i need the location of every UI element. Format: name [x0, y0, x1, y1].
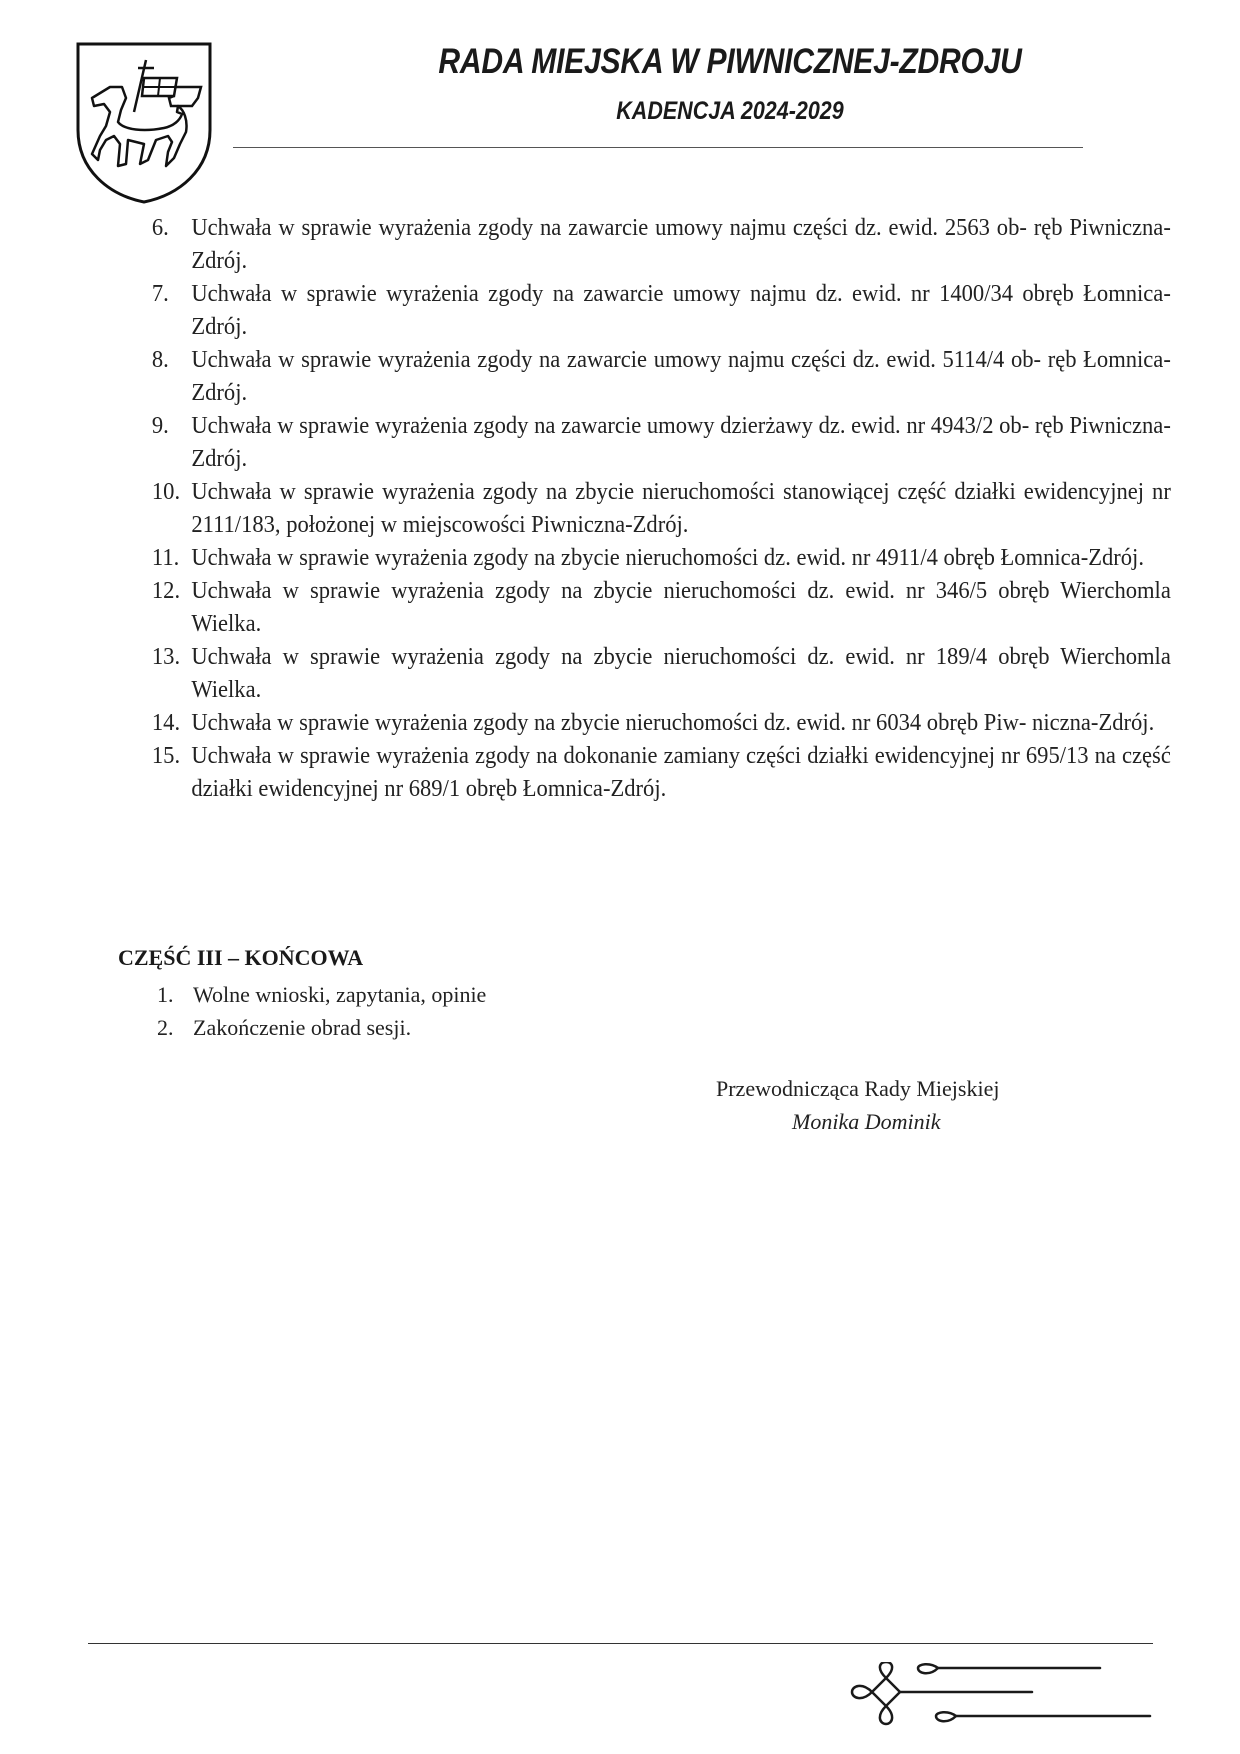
item-number: 2. — [157, 1011, 174, 1044]
item-number: 11. — [152, 542, 179, 575]
resolutions-list: 6.Uchwała w sprawie wyrażenia zgody na z… — [150, 212, 1130, 806]
celtic-knot-flourish-icon — [850, 1662, 1155, 1742]
item-text: Uchwała w sprawie wyrażenia zgody na dok… — [191, 743, 1170, 802]
list-item: 14.Uchwała w sprawie wyrażenia zgody na … — [150, 707, 1171, 740]
coat-of-arms-icon — [74, 40, 214, 205]
item-number: 10. — [152, 476, 180, 509]
footer-divider — [88, 1643, 1153, 1644]
list-item: 7.Uchwała w sprawie wyrażenia zgody na z… — [150, 278, 1171, 344]
final-section-list: 1.Wolne wnioski, zapytania, opinie 2.Zak… — [157, 978, 486, 1044]
item-number: 13. — [152, 641, 180, 674]
list-item: 6.Uchwała w sprawie wyrażenia zgody na z… — [150, 212, 1171, 278]
item-number: 12. — [152, 575, 180, 608]
list-item: 2.Zakończenie obrad sesji. — [157, 1011, 486, 1044]
section-heading-final: CZĘŚĆ III – KOŃCOWA — [118, 945, 363, 971]
item-number: 6. — [152, 212, 169, 245]
item-text: Uchwała w sprawie wyrażenia zgody na zaw… — [191, 347, 1170, 406]
list-item: 1.Wolne wnioski, zapytania, opinie — [157, 978, 486, 1011]
list-item: 8.Uchwała w sprawie wyrażenia zgody na z… — [150, 344, 1171, 410]
item-number: 9. — [152, 410, 169, 443]
item-text: Uchwała w sprawie wyrażenia zgody na zby… — [191, 578, 1170, 637]
header-divider — [233, 147, 1083, 148]
item-number: 14. — [152, 707, 180, 740]
item-text: Uchwała w sprawie wyrażenia zgody na zaw… — [191, 281, 1170, 340]
item-text: Zakończenie obrad sesji. — [193, 1015, 411, 1040]
item-text: Uchwała w sprawie wyrażenia zgody na zby… — [191, 479, 1170, 538]
term-subtitle: KADENCJA 2024-2029 — [300, 97, 1160, 126]
council-title: RADA MIEJSKA W PIWNICZNEJ-ZDROJU — [300, 42, 1160, 82]
list-item: 9.Uchwała w sprawie wyrażenia zgody na z… — [150, 410, 1171, 476]
list-item: 13.Uchwała w sprawie wyrażenia zgody na … — [150, 641, 1171, 707]
item-text: Uchwała w sprawie wyrażenia zgody na zby… — [191, 710, 1154, 736]
list-item: 11.Uchwała w sprawie wyrażenia zgody na … — [150, 542, 1171, 575]
item-text: Uchwała w sprawie wyrażenia zgody na zby… — [191, 545, 1144, 571]
list-item: 12.Uchwała w sprawie wyrażenia zgody na … — [150, 575, 1171, 641]
list-item: 10.Uchwała w sprawie wyrażenia zgody na … — [150, 476, 1171, 542]
item-text: Uchwała w sprawie wyrażenia zgody na zby… — [191, 644, 1170, 703]
signature-role: Przewodnicząca Rady Miejskiej — [716, 1076, 999, 1102]
list-item: 15.Uchwała w sprawie wyrażenia zgody na … — [150, 740, 1171, 806]
item-number: 7. — [152, 278, 169, 311]
item-number: 15. — [152, 740, 180, 773]
item-text: Uchwała w sprawie wyrażenia zgody na zaw… — [191, 413, 1170, 472]
item-text: Wolne wnioski, zapytania, opinie — [193, 982, 486, 1007]
item-number: 8. — [152, 344, 169, 377]
item-text: Uchwała w sprawie wyrażenia zgody na zaw… — [191, 215, 1170, 274]
item-number: 1. — [157, 978, 174, 1011]
signature-name: Monika Dominik — [792, 1109, 940, 1135]
